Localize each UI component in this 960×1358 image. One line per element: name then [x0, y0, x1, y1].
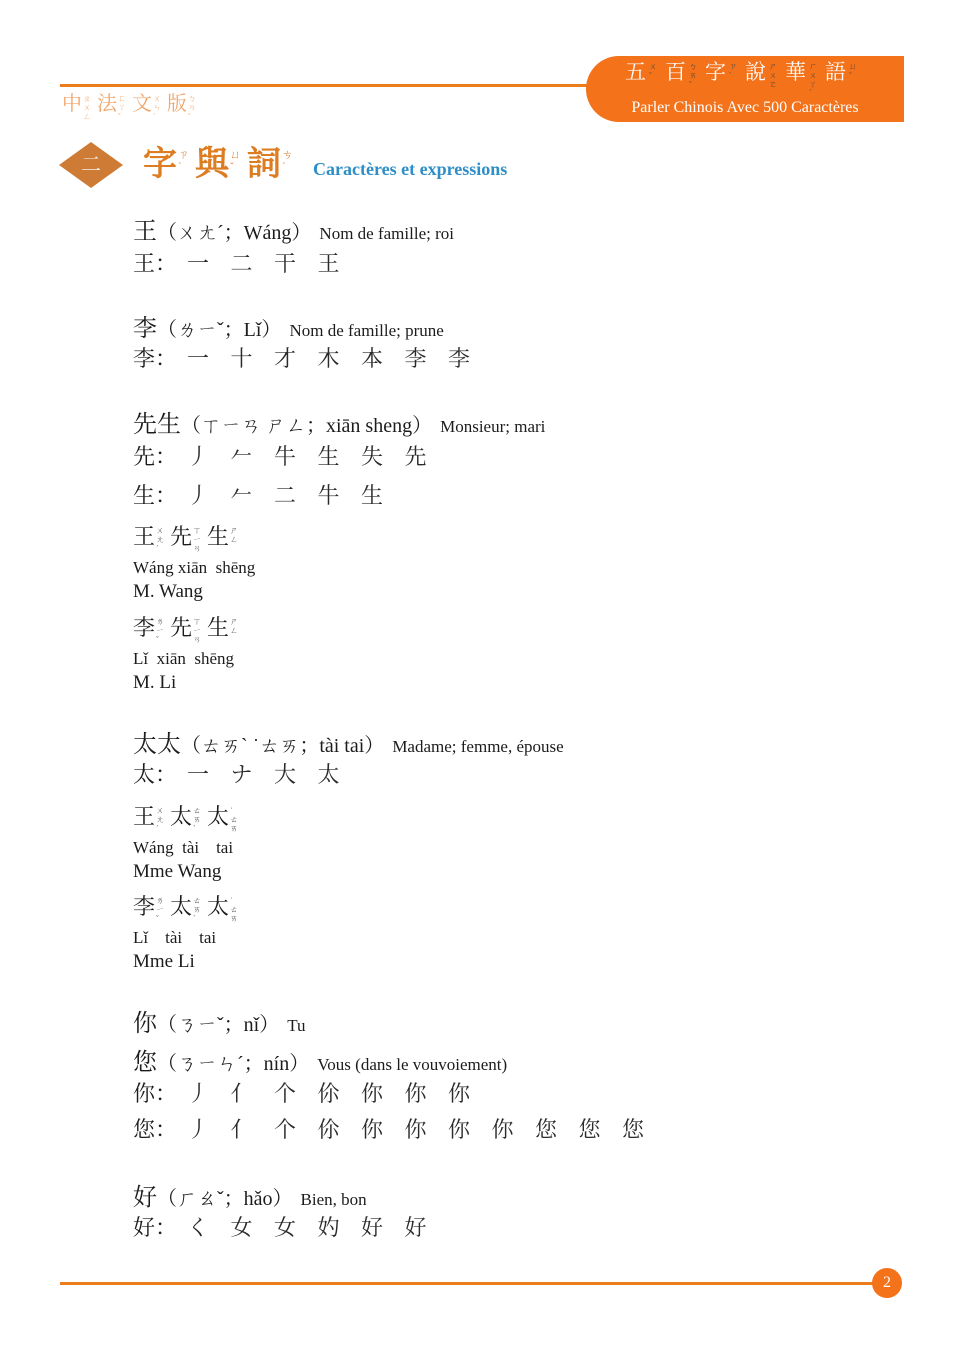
book-title-french: Parler Chinois Avec 500 Caractères — [631, 100, 858, 116]
section-title-french: Caractères et expressions — [313, 159, 507, 180]
stroke-order-row: 先：丿 𠂉 牛 生 失 先 — [133, 440, 427, 471]
vocab-item: 王ㄨㄤˊ太ㄊㄞˋ太˙ㄊㄞ Wáng tài tai Mme Wang — [133, 806, 244, 883]
headword-entry: 好（ㄏㄠˇ；hǎo）Bien, bon — [133, 1177, 367, 1212]
headword-hanzi: 王 — [133, 211, 157, 246]
vocab-hanzi: 王ㄨㄤˊ先ㄒㄧㄢ生ㄕㄥ — [133, 526, 255, 553]
headword-reading: （ㄏㄠˇ；hǎo） — [157, 1182, 293, 1211]
section-number: 二 — [81, 155, 101, 175]
stroke-steps: 一 十 才 木 本 李 李 — [187, 342, 470, 373]
headword-hanzi: 太太 — [133, 724, 181, 759]
vocab-item: 王ㄨㄤˊ先ㄒㄧㄢ生ㄕㄥ Wáng xiān shēng M. Wang — [133, 526, 255, 603]
headword-hanzi: 你 — [133, 1003, 157, 1038]
headword-gloss: Nom de famille; prune — [289, 321, 443, 341]
headword-entry: 你（ㄋㄧˇ；nǐ）Tu — [133, 1003, 306, 1038]
stroke-colon: ： — [155, 440, 177, 471]
vocab-pinyin: Wáng tài tai — [133, 838, 244, 858]
stroke-char: 生 — [133, 479, 155, 510]
section-heading: 二 字ㄗˋ與ㄩˇ詞ㄘˊ Caractères et expressions — [59, 142, 507, 188]
headword-entry: 您（ㄋㄧㄣˊ；nín）Vous (dans le vouvoiement) — [133, 1042, 507, 1077]
book-title-chinese: 五ㄨˇ百ㄅㄞˇ字ㄗˋ說ㄕㄨㄛ華ㄏㄨㄚˊ語ㄩˇ — [625, 62, 865, 98]
headword-gloss: Tu — [287, 1016, 305, 1036]
vocab-pinyin: Wáng xiān shēng — [133, 558, 255, 578]
stroke-char: 好 — [133, 1211, 155, 1242]
vocab-item: 李ㄌㄧˇ太ㄊㄞˋ太˙ㄊㄞ Lǐ tài tai Mme Li — [133, 896, 244, 973]
headword-gloss: Madame; femme, épouse — [392, 737, 563, 757]
stroke-char: 李 — [133, 342, 155, 373]
stroke-colon: ： — [155, 247, 177, 278]
headword-gloss: Vous (dans le vouvoiement) — [317, 1055, 507, 1075]
headword-reading: （ㄒㄧㄢ ㄕㄥ；xiān sheng） — [181, 409, 432, 438]
headword-gloss: Bien, bon — [301, 1190, 367, 1210]
stroke-colon: ： — [155, 342, 177, 373]
headword-reading: （ㄊㄞˋ ˙ㄊㄞ；tài tai） — [181, 729, 384, 758]
footer-rule — [60, 1282, 876, 1285]
header-rule — [60, 84, 590, 87]
stroke-colon: ： — [155, 1211, 177, 1242]
vocab-pinyin: Lǐ xiān shēng — [133, 649, 244, 669]
vocab-item: 李ㄌㄧˇ先ㄒㄧㄢ生ㄕㄥ Lǐ xiān shēng M. Li — [133, 617, 244, 694]
stroke-steps: 丿 亻 个 伱 你 你 你 你 您 您 您 — [187, 1113, 644, 1144]
vocab-french: Mme Li — [133, 951, 244, 973]
page-number-badge: 2 — [872, 1268, 902, 1298]
headword-entry: 王（ㄨㄤˊ；Wáng）Nom de famille; roi — [133, 211, 454, 246]
stroke-order-row: 您：丿 亻 个 伱 你 你 你 你 您 您 您 — [133, 1113, 644, 1144]
stroke-order-row: 你：丿 亻 个 伱 你 你 你 — [133, 1077, 470, 1108]
stroke-colon: ： — [155, 1077, 177, 1108]
section-title-chinese: 字ㄗˋ與ㄩˇ詞ㄘˊ — [143, 148, 299, 182]
headword-hanzi: 李 — [133, 308, 157, 343]
stroke-steps: 丿 亻 个 伱 你 你 你 — [187, 1077, 470, 1108]
stroke-order-row: 王：一 二 干 王 — [133, 247, 340, 278]
vocab-pinyin: Lǐ tài tai — [133, 928, 244, 948]
headword-hanzi: 先生 — [133, 404, 181, 439]
stroke-colon: ： — [155, 479, 177, 510]
stroke-colon: ： — [155, 1113, 177, 1144]
vocab-french: M. Li — [133, 672, 244, 694]
stroke-colon: ： — [155, 758, 177, 789]
headword-entry: 先生（ㄒㄧㄢ ㄕㄥ；xiān sheng）Monsieur; mari — [133, 404, 545, 439]
stroke-steps: 丿 𠂉 牛 生 失 先 — [187, 440, 427, 471]
vocab-hanzi: 李ㄌㄧˇ先ㄒㄧㄢ生ㄕㄥ — [133, 617, 244, 644]
headword-entry: 太太（ㄊㄞˋ ˙ㄊㄞ；tài tai）Madame; femme, épouse — [133, 724, 564, 759]
stroke-steps: 一 二 干 王 — [187, 247, 340, 278]
headword-entry: 李（ㄌㄧˇ；Lǐ）Nom de famille; prune — [133, 308, 444, 343]
page-number: 2 — [883, 1274, 891, 1292]
headword-gloss: Monsieur; mari — [440, 417, 545, 437]
stroke-order-row: 生：丿 𠂉 二 牛 生 — [133, 479, 383, 510]
stroke-char: 王 — [133, 247, 155, 278]
vocab-hanzi: 王ㄨㄤˊ太ㄊㄞˋ太˙ㄊㄞ — [133, 806, 244, 833]
stroke-steps: 丿 𠂉 二 牛 生 — [187, 479, 383, 510]
stroke-char: 先 — [133, 440, 155, 471]
headword-reading: （ㄌㄧˇ；Lǐ） — [157, 313, 281, 342]
headword-hanzi: 您 — [133, 1042, 157, 1077]
headword-reading: （ㄨㄤˊ；Wáng） — [157, 216, 311, 245]
stroke-order-row: 好：く 女 女 妁 好 好 — [133, 1211, 427, 1242]
headword-reading: （ㄋㄧˇ；nǐ） — [157, 1008, 279, 1037]
headword-hanzi: 好 — [133, 1177, 157, 1212]
headword-reading: （ㄋㄧㄣˊ；nín） — [157, 1047, 309, 1076]
headword-gloss: Nom de famille; roi — [319, 224, 454, 244]
stroke-char: 您 — [133, 1113, 155, 1144]
stroke-char: 你 — [133, 1077, 155, 1108]
edition-label: 中ㄓㄨㄥ法ㄈㄚˇ文ㄨㄣˊ版ㄅㄢˇ — [62, 94, 202, 121]
stroke-order-row: 李：一 十 才 木 本 李 李 — [133, 342, 470, 373]
section-number-diamond: 二 — [59, 142, 123, 188]
stroke-steps: く 女 女 妁 好 好 — [187, 1211, 427, 1242]
vocab-hanzi: 李ㄌㄧˇ太ㄊㄞˋ太˙ㄊㄞ — [133, 896, 244, 923]
book-title-banner: 五ㄨˇ百ㄅㄞˇ字ㄗˋ說ㄕㄨㄛ華ㄏㄨㄚˊ語ㄩˇ Parler Chinois Av… — [586, 56, 904, 122]
vocab-french: Mme Wang — [133, 861, 244, 883]
stroke-order-row: 太：一 ナ 大 太 — [133, 758, 340, 789]
vocab-french: M. Wang — [133, 581, 255, 603]
stroke-steps: 一 ナ 大 太 — [187, 758, 340, 789]
stroke-char: 太 — [133, 758, 155, 789]
